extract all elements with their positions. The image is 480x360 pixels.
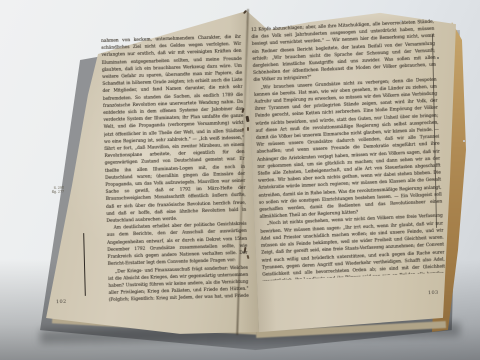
right-page-paragraph: 12 Köpfe abzuschlagen; aber, alle ihre M…: [251, 19, 436, 85]
right-page-text: 12 Köpfe abzuschlagen; aber, alle ihre M…: [251, 19, 445, 281]
photo-background: nahmen von keckem, unternehmendem Charak…: [0, 0, 480, 360]
left-page-paragraph: Am deutlichsten erhellet aber der politi…: [107, 221, 248, 268]
margin-note: S. 208 flg. 277: [40, 187, 64, 195]
right-page-paragraph: „Wir brauchen unsere Grundsätze nicht zu…: [254, 76, 443, 221]
left-page-paragraph: nahmen von keckem, unternehmendem Charak…: [101, 34, 246, 225]
page-number-right: 103: [428, 290, 439, 296]
binding-stitch: [247, 127, 249, 131]
dust-speck: [400, 20, 402, 22]
dust-speck: [463, 140, 465, 142]
dust-speck: [437, 57, 439, 59]
right-page-paragraph: „Noch ist nichts geschehen, wenn wir nic…: [260, 213, 446, 281]
left-page-paragraph: „Der Kriegs- und Finanzausschuß frägt so…: [108, 264, 249, 302]
left-page-text: nahmen von keckem, unternehmendem Charak…: [101, 34, 249, 302]
page-number-left: 102: [56, 299, 67, 305]
